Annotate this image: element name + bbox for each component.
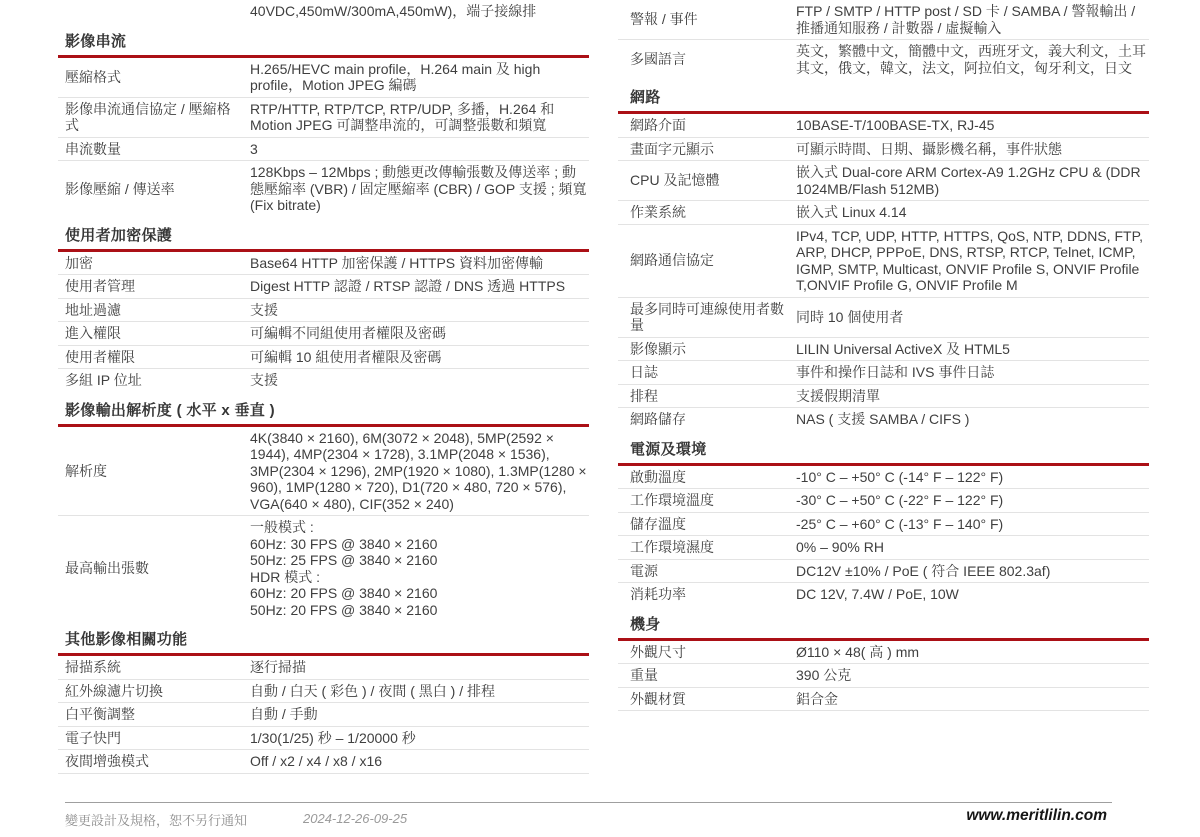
spec-label: 警報 / 事件 (618, 11, 796, 28)
section-title: 機身 (618, 616, 661, 633)
section-header: 影像輸出解析度 ( 水平 x 垂直 ) (58, 394, 589, 427)
spec-label: 畫面字元顯示 (618, 141, 796, 158)
spec-label: 使用者管理 (58, 278, 250, 295)
spec-value: Ø110 × 48( 高 ) mm (796, 644, 1149, 661)
spec-label: 外觀尺寸 (618, 644, 796, 661)
spec-label: 工作環境濕度 (618, 539, 796, 556)
spec-row: 消耗功率DC 12V, 7.4W / PoE, 10W (618, 582, 1149, 606)
spec-row: 使用者管理Digest HTTP 認證 / RTSP 認證 / DNS 透過 H… (58, 274, 589, 298)
spec-label: 最多同時可連線使用者數量 (618, 301, 796, 334)
spec-label: 網路介面 (618, 117, 796, 134)
spec-row: 外觀材質鋁合金 (618, 687, 1149, 712)
spec-row: 日誌事件和操作日誌和 IVS 事件日誌 (618, 360, 1149, 384)
spec-value: LILIN Universal ActiveX 及 HTML5 (796, 341, 1149, 358)
spec-value: 1/30(1/25) 秒 – 1/20000 秒 (250, 730, 589, 747)
spec-value: 0% – 90% RH (796, 539, 1149, 556)
spec-label: 壓縮格式 (58, 69, 250, 86)
spec-label: 消耗功率 (618, 586, 796, 603)
spec-label: 地址過濾 (58, 302, 250, 319)
spec-value: 可編輯 10 組使用者權限及密碼 (250, 349, 589, 366)
spec-value: H.265/HEVC main profile，H.264 main 及 hig… (250, 61, 589, 94)
spec-label: 排程 (618, 388, 796, 405)
spec-row: 作業系統嵌入式 Linux 4.14 (618, 200, 1149, 224)
spec-value: 自動 / 白天 ( 彩色 ) / 夜間 ( 黑白 ) / 排程 (250, 683, 589, 700)
spec-value: 10BASE-T/100BASE-TX, RJ-45 (796, 117, 1149, 134)
spec-value: 自動 / 手動 (250, 706, 589, 723)
section-header: 使用者加密保護 (58, 219, 589, 252)
spec-row: 外觀尺寸Ø110 × 48( 高 ) mm (618, 641, 1149, 664)
spec-row: 多組 IP 位址支援 (58, 368, 589, 392)
spec-row: 儲存溫度-25° C – +60° C (-13° F – 140° F) (618, 512, 1149, 536)
spec-value: 4K(3840 × 2160), 6M(3072 × 2048), 5MP(25… (250, 430, 589, 513)
spec-value: 40VDC,450mW/300mA,450mW)，端子接線排 (250, 3, 589, 20)
spec-row: 電子快門1/30(1/25) 秒 – 1/20000 秒 (58, 726, 589, 750)
spec-label: 電子快門 (58, 730, 250, 747)
section-header: 網路 (618, 81, 1149, 114)
spec-value: RTP/HTTP, RTP/TCP, RTP/UDP, 多播，H.264 和 M… (250, 101, 589, 134)
spec-label: 最高輸出張數 (58, 560, 250, 577)
spec-value: 一般模式 :60Hz: 30 FPS @ 3840 × 216050Hz: 25… (250, 519, 589, 618)
spec-value: -30° C – +50° C (-22° F – 122° F) (796, 492, 1149, 509)
spec-value: 支援假期清單 (796, 388, 1149, 405)
spec-value: 可顯示時間、日期、攝影機名稱，事件狀態 (796, 141, 1149, 158)
spec-value: 事件和操作日誌和 IVS 事件日誌 (796, 364, 1149, 381)
footer-revision-date: 2024-12-26-09-25 (303, 811, 407, 826)
spec-row: 重量390 公克 (618, 663, 1149, 687)
spec-row: 網路通信協定IPv4, TCP, UDP, HTTP, HTTPS, QoS, … (618, 224, 1149, 297)
spec-row: CPU 及記憶體嵌入式 Dual-core ARM Cortex-A9 1.2G… (618, 160, 1149, 200)
spec-value: 英文，繁體中文，簡體中文，西班牙文，義大利文，土耳其文，俄文，韓文，法文，阿拉伯… (796, 43, 1149, 76)
spec-row: 最多同時可連線使用者數量同時 10 個使用者 (618, 297, 1149, 337)
spec-label: 啟動溫度 (618, 469, 796, 486)
spec-row: 掃描系統逐行掃描 (58, 656, 589, 679)
section-header: 電源及環境 (618, 433, 1149, 466)
spec-label: 儲存溫度 (618, 516, 796, 533)
spec-row: 多國語言英文，繁體中文，簡體中文，西班牙文，義大利文，土耳其文，俄文，韓文，法文… (618, 39, 1149, 79)
spec-label: 進入權限 (58, 325, 250, 342)
spec-row: 啟動溫度-10° C – +50° C (-14° F – 122° F) (618, 466, 1149, 489)
spec-label: 掃描系統 (58, 659, 250, 676)
spec-row: 警報 / 事件FTP / SMTP / HTTP post / SD 卡 / S… (618, 0, 1149, 39)
section-header: 機身 (618, 608, 1149, 641)
spec-label: 紅外線濾片切換 (58, 683, 250, 700)
spec-value: 3 (250, 141, 589, 158)
footer-disclaimer: 變更設計及規格，恕不另行通知 (65, 810, 247, 829)
spec-label: 夜間增強模式 (58, 753, 250, 770)
spec-row: 網路介面10BASE-T/100BASE-TX, RJ-45 (618, 114, 1149, 137)
spec-label: 串流數量 (58, 141, 250, 158)
spec-column-right: 警報 / 事件FTP / SMTP / HTTP post / SD 卡 / S… (618, 0, 1149, 711)
spec-value: 支援 (250, 372, 589, 389)
section-title: 影像串流 (58, 33, 126, 50)
spec-row: 壓縮格式H.265/HEVC main profile，H.264 main 及… (58, 58, 589, 97)
footer-website-link[interactable]: www.meritlilin.com (966, 807, 1107, 825)
spec-label: 解析度 (58, 463, 250, 480)
spec-value: 128Kbps – 12Mbps ; 動態更改傳輸張數及傳送率 ; 動態壓縮率 … (250, 164, 589, 214)
spec-row: 最高輸出張數一般模式 :60Hz: 30 FPS @ 3840 × 216050… (58, 515, 589, 621)
spec-value: Base64 HTTP 加密保護 / HTTPS 資料加密傳輸 (250, 255, 589, 272)
section-header: 其他影像相關功能 (58, 623, 589, 656)
spec-value: 390 公克 (796, 667, 1149, 684)
spec-row: 紅外線濾片切換自動 / 白天 ( 彩色 ) / 夜間 ( 黑白 ) / 排程 (58, 679, 589, 703)
spec-label: 影像壓縮 / 傳送率 (58, 181, 250, 198)
spec-row: 加密Base64 HTTP 加密保護 / HTTPS 資料加密傳輸 (58, 252, 589, 275)
spec-value-line: 50Hz: 25 FPS @ 3840 × 2160 (250, 552, 587, 569)
spec-value-line: HDR 模式 : (250, 569, 587, 586)
spec-value-line: 60Hz: 30 FPS @ 3840 × 2160 (250, 536, 587, 553)
spec-row: 進入權限可編輯不同組使用者權限及密碼 (58, 321, 589, 345)
spec-row: 夜間增強模式Off / x2 / x4 / x8 / x16 (58, 749, 589, 774)
spec-label: 網路通信協定 (618, 252, 796, 269)
spec-label: 白平衡調整 (58, 706, 250, 723)
spec-value-line: 60Hz: 20 FPS @ 3840 × 2160 (250, 585, 587, 602)
section-header: 影像串流 (58, 25, 589, 58)
spec-row: 工作環境溫度-30° C – +50° C (-22° F – 122° F) (618, 488, 1149, 512)
spec-label: 影像顯示 (618, 341, 796, 358)
spec-label: 加密 (58, 255, 250, 272)
footer-divider (65, 802, 1112, 803)
spec-value: DC12V ±10% / PoE ( 符合 IEEE 802.3af) (796, 563, 1149, 580)
spec-label: 多國語言 (618, 51, 796, 68)
spec-row: 解析度4K(3840 × 2160), 6M(3072 × 2048), 5MP… (58, 427, 589, 516)
spec-value: -25° C – +60° C (-13° F – 140° F) (796, 516, 1149, 533)
spec-value-line: 50Hz: 20 FPS @ 3840 × 2160 (250, 602, 587, 619)
spec-row: 白平衡調整自動 / 手動 (58, 702, 589, 726)
spec-row: 電源DC12V ±10% / PoE ( 符合 IEEE 802.3af) (618, 559, 1149, 583)
spec-label: 多組 IP 位址 (58, 372, 250, 389)
spec-label: 作業系統 (618, 204, 796, 221)
section-title: 網路 (618, 89, 661, 106)
spec-value: 嵌入式 Dual-core ARM Cortex-A9 1.2GHz CPU &… (796, 164, 1149, 197)
spec-value: NAS ( 支援 SAMBA / CIFS ) (796, 411, 1149, 428)
section-title: 其他影像相關功能 (58, 631, 187, 648)
spec-value: 同時 10 個使用者 (796, 309, 1149, 326)
section-title: 使用者加密保護 (58, 227, 172, 244)
spec-value: Digest HTTP 認證 / RTSP 認證 / DNS 透過 HTTPS (250, 278, 589, 295)
spec-column-left: 40VDC,450mW/300mA,450mW)，端子接線排影像串流壓縮格式H.… (58, 0, 589, 774)
spec-label: 影像串流通信協定 / 壓縮格式 (58, 101, 250, 134)
spec-value: 支援 (250, 302, 589, 319)
spec-value: IPv4, TCP, UDP, HTTP, HTTPS, QoS, NTP, D… (796, 228, 1149, 294)
spec-label: 電源 (618, 563, 796, 580)
spec-value: Off / x2 / x4 / x8 / x16 (250, 753, 589, 770)
spec-row: 畫面字元顯示可顯示時間、日期、攝影機名稱，事件狀態 (618, 137, 1149, 161)
spec-row: 地址過濾支援 (58, 298, 589, 322)
spec-sheet-page: 40VDC,450mW/300mA,450mW)，端子接線排影像串流壓縮格式H.… (0, 0, 1200, 837)
spec-value: 嵌入式 Linux 4.14 (796, 204, 1149, 221)
spec-label: 網路儲存 (618, 411, 796, 428)
spec-label: CPU 及記憶體 (618, 172, 796, 189)
spec-row: 排程支援假期清單 (618, 384, 1149, 408)
spec-label: 日誌 (618, 364, 796, 381)
spec-value: -10° C – +50° C (-14° F – 122° F) (796, 469, 1149, 486)
spec-row: 影像壓縮 / 傳送率128Kbps – 12Mbps ; 動態更改傳輸張數及傳送… (58, 160, 589, 217)
spec-value: 逐行掃描 (250, 659, 589, 676)
section-title: 影像輸出解析度 ( 水平 x 垂直 ) (58, 402, 275, 419)
spec-value: 可編輯不同組使用者權限及密碼 (250, 325, 589, 342)
spec-value: 鋁合金 (796, 691, 1149, 708)
spec-label: 工作環境溫度 (618, 492, 796, 509)
spec-row: 40VDC,450mW/300mA,450mW)，端子接線排 (58, 0, 589, 23)
spec-label: 外觀材質 (618, 691, 796, 708)
spec-value: DC 12V, 7.4W / PoE, 10W (796, 586, 1149, 603)
spec-row: 影像顯示LILIN Universal ActiveX 及 HTML5 (618, 337, 1149, 361)
spec-label: 重量 (618, 667, 796, 684)
section-title: 電源及環境 (618, 441, 707, 458)
spec-row: 使用者權限可編輯 10 組使用者權限及密碼 (58, 345, 589, 369)
spec-label: 使用者權限 (58, 349, 250, 366)
spec-row: 工作環境濕度0% – 90% RH (618, 535, 1149, 559)
spec-row: 串流數量3 (58, 137, 589, 161)
spec-row: 網路儲存NAS ( 支援 SAMBA / CIFS ) (618, 407, 1149, 431)
spec-value: FTP / SMTP / HTTP post / SD 卡 / SAMBA / … (796, 3, 1149, 36)
spec-value-line: 一般模式 : (250, 519, 587, 536)
spec-row: 影像串流通信協定 / 壓縮格式RTP/HTTP, RTP/TCP, RTP/UD… (58, 97, 589, 137)
